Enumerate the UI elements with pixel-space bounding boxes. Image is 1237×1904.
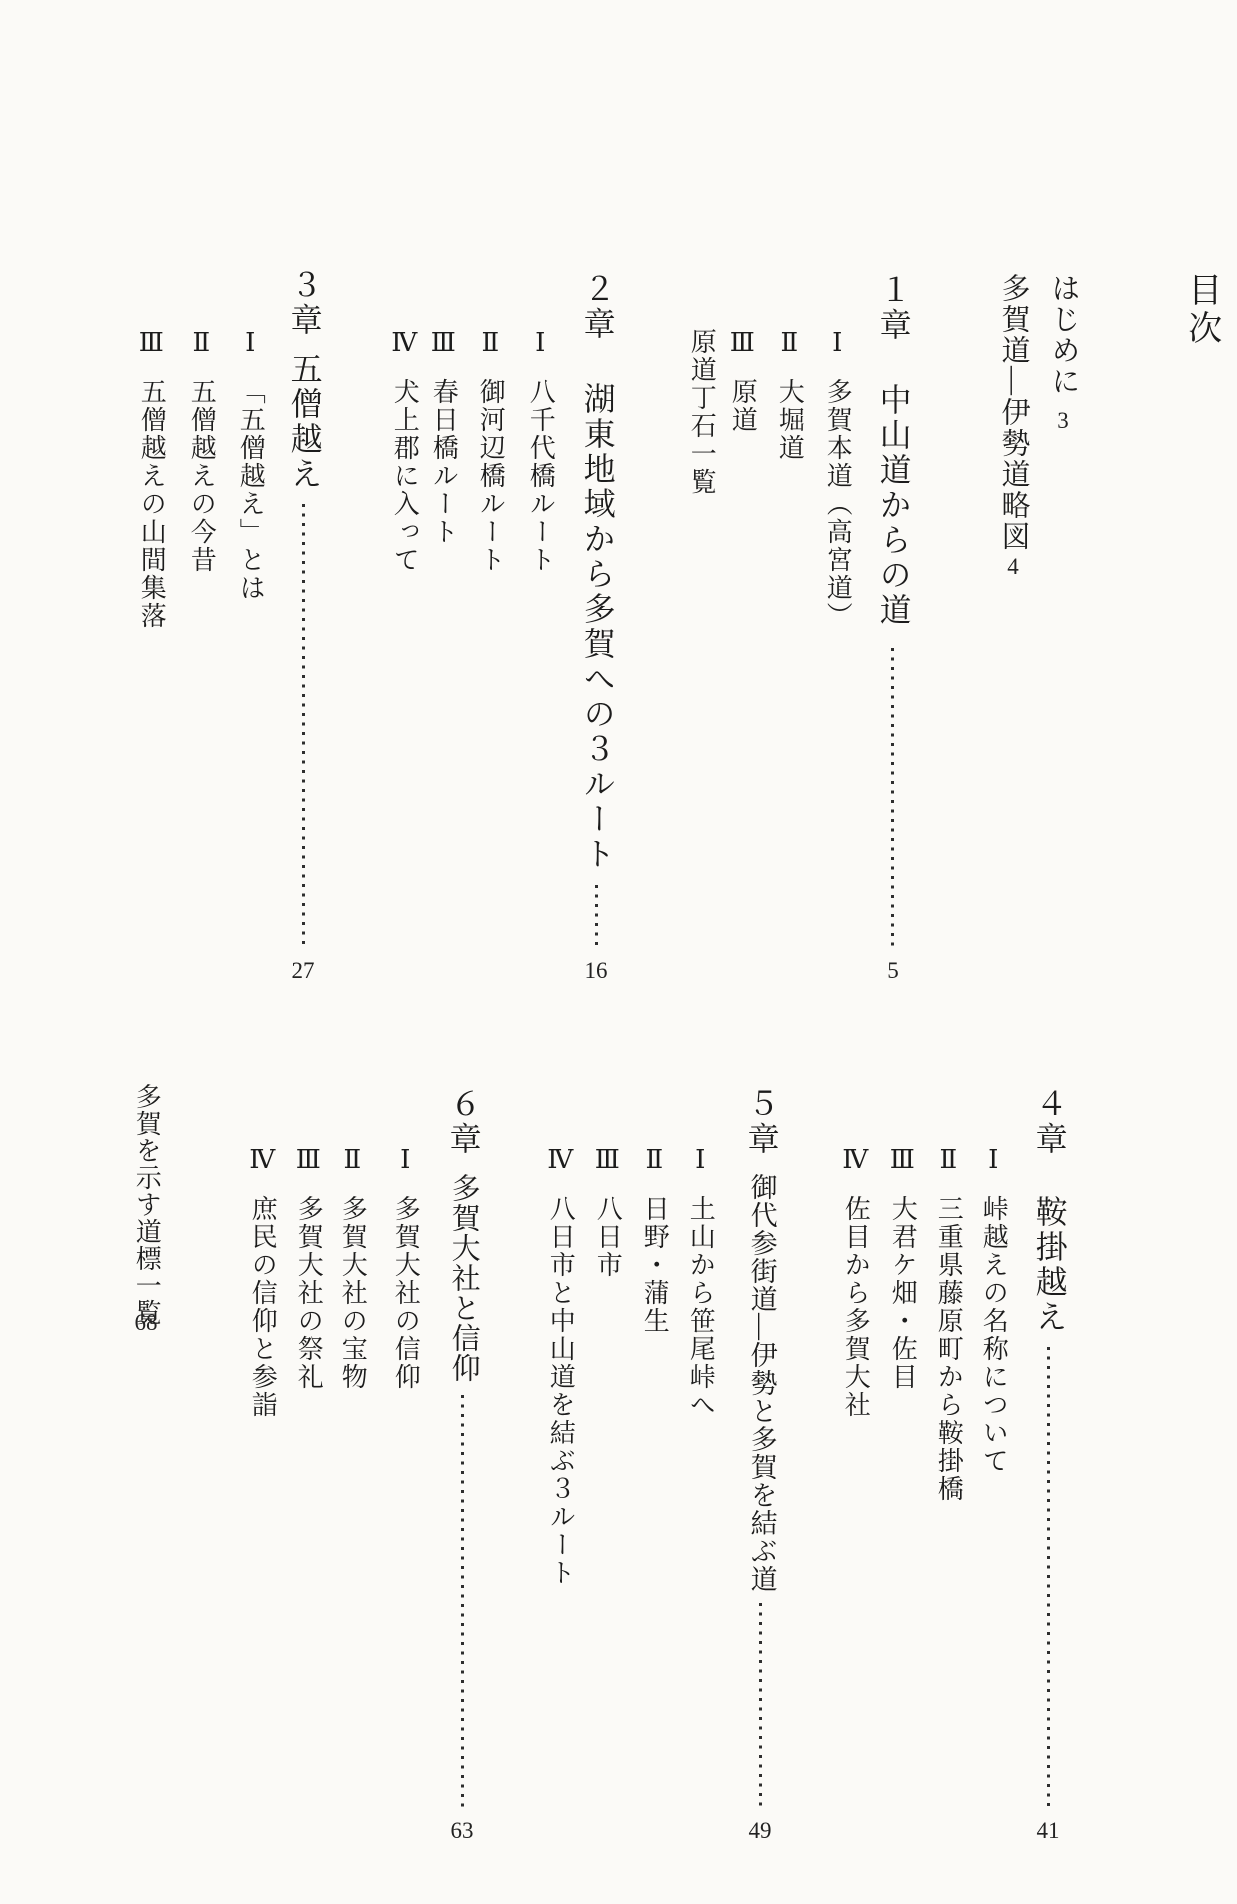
item-label: 春日橋ルート <box>429 378 458 546</box>
item-label: 原道丁石一覧 <box>687 328 716 496</box>
chapter-6-heading: ６章多賀大社と信仰 <box>446 1087 480 1383</box>
item-label: 五僧越えの今昔 <box>187 378 216 574</box>
item-numeral: Ⅲ <box>593 1145 622 1177</box>
item-numeral: Ⅰ <box>686 1145 715 1177</box>
chapter-number: ４章 <box>1032 1087 1068 1157</box>
item-numeral: Ⅱ <box>640 1145 669 1177</box>
toc-item: 原道丁石一覧 <box>688 328 715 496</box>
toc-item: Ⅳ八日市と中山道を結ぶ３ルート <box>547 1145 574 1587</box>
item-numeral: Ⅲ <box>429 328 458 360</box>
toc-item: Ⅳ佐目から多賀大社 <box>842 1145 869 1419</box>
toc-item: Ⅰ峠越えの名称について <box>980 1145 1007 1475</box>
item-numeral: Ⅲ <box>294 1145 323 1177</box>
toc-item: Ⅲ原道 <box>729 328 756 434</box>
chapter-number: ５章 <box>744 1087 780 1157</box>
item-label: 八日市 <box>593 1195 622 1279</box>
item-label: 庶民の信仰と参詣 <box>248 1195 277 1419</box>
chapter-title: 多賀大社と信仰 <box>448 1173 480 1383</box>
item-label: 御河辺橋ルート <box>476 378 505 574</box>
item-numeral: Ⅱ <box>338 1145 367 1177</box>
toc-item: Ⅰ「五僧越え」とは <box>237 328 264 602</box>
item-label: 佐目から多賀大社 <box>841 1195 870 1419</box>
item-label: 三重県藤原町から鞍掛橋 <box>934 1195 963 1503</box>
chapter-number: １章 <box>876 273 912 343</box>
dotted-leader <box>302 504 305 946</box>
toc-item: Ⅱ五僧越えの今昔 <box>188 328 215 574</box>
chapter-1-heading: １章中山道からの道 <box>876 273 910 628</box>
item-numeral: Ⅱ <box>934 1145 963 1177</box>
item-label: 犬上郡に入って <box>390 378 419 574</box>
item-numeral: Ⅲ <box>728 328 757 360</box>
item-label: 多賀本道（高宮道） <box>823 378 852 630</box>
toc-page: { "page_title": "目次", "frontmatter": [ {… <box>0 0 1237 1904</box>
chapter-title: 五僧越え <box>287 352 323 492</box>
page-number: 68 <box>131 1310 161 1336</box>
item-numeral: Ⅲ <box>137 328 166 360</box>
page-number: 16 <box>581 958 611 984</box>
dotted-leader <box>759 1603 762 1807</box>
page-number: 5 <box>878 958 908 984</box>
toc-item: Ⅲ春日橋ルート <box>430 328 457 546</box>
chapter-number: ２章 <box>580 272 616 342</box>
chapter-3-heading: ３章五僧越え <box>287 268 321 492</box>
dotted-leader <box>461 1395 464 1807</box>
item-numeral: Ⅰ <box>979 1145 1008 1177</box>
toc-item: Ⅱ多賀大社の宝物 <box>339 1145 366 1391</box>
toc-item: Ⅲ多賀大社の祭礼 <box>295 1145 322 1391</box>
item-label: 多賀大社の祭礼 <box>294 1195 323 1391</box>
toc-item: Ⅰ多賀本道（高宮道） <box>824 328 851 630</box>
dotted-leader <box>891 648 894 948</box>
item-label: 土山から笹尾峠へ <box>686 1195 715 1419</box>
chapter-number: ６章 <box>446 1087 482 1157</box>
chapter-5-heading: ５章御代参街道—伊勢と多賀を結ぶ道 <box>744 1087 778 1593</box>
chapter-title: 鞍掛越え <box>1032 1195 1068 1335</box>
backmatter-signpost-list: 多賀を示す道標一覧 <box>133 1083 160 1326</box>
toc-item: Ⅲ八日市 <box>594 1145 621 1279</box>
item-numeral: Ⅳ <box>248 1145 277 1177</box>
toc-item: Ⅲ五僧越えの山間集落 <box>138 328 165 630</box>
item-label: 日野・蒲生 <box>640 1195 669 1335</box>
page-number: 63 <box>447 1818 477 1844</box>
item-label: 多賀大社の宝物 <box>338 1195 367 1391</box>
item-numeral: Ⅳ <box>546 1145 575 1177</box>
toc-item: Ⅰ多賀大社の信仰 <box>392 1145 419 1391</box>
chapter-title: 中山道からの道 <box>876 383 912 628</box>
page-title: 目次 <box>1183 272 1219 348</box>
item-numeral: Ⅱ <box>775 328 804 360</box>
item-numeral: Ⅰ <box>391 1145 420 1177</box>
item-label: 八千代橋ルート <box>526 378 555 574</box>
toc-item: Ⅲ大君ケ畑・佐目 <box>889 1145 916 1391</box>
dotted-leader <box>595 885 598 947</box>
dotted-leader <box>1047 1347 1050 1807</box>
toc-item: Ⅳ庶民の信仰と参詣 <box>249 1145 276 1419</box>
page-number: 49 <box>745 1818 775 1844</box>
item-numeral: Ⅰ <box>526 328 555 360</box>
item-label: 大堀道 <box>775 378 804 462</box>
toc-item: Ⅳ犬上郡に入って <box>391 328 418 574</box>
page-number: 41 <box>1033 1818 1063 1844</box>
frontmatter-hajimeni: はじめに <box>1048 273 1078 397</box>
toc-item: Ⅰ土山から笹尾峠へ <box>687 1145 714 1419</box>
frontmatter-map: 多賀道—伊勢道略図 <box>998 273 1028 552</box>
chapter-4-heading: ４章鞍掛越え <box>1032 1087 1066 1335</box>
item-label: 大君ケ畑・佐目 <box>888 1195 917 1391</box>
item-label: 原道 <box>728 378 757 434</box>
chapter-number: ３章 <box>287 268 323 338</box>
item-label: 峠越えの名称について <box>979 1195 1008 1475</box>
item-numeral: Ⅲ <box>888 1145 917 1177</box>
chapter-2-heading: ２章湖東地域から多賀への３ルート <box>580 272 614 872</box>
item-label: 多賀大社の信仰 <box>391 1195 420 1391</box>
toc-item: Ⅱ大堀道 <box>776 328 803 462</box>
item-numeral: Ⅰ <box>236 328 265 360</box>
page-number: 3 <box>1048 408 1078 434</box>
item-label: 八日市と中山道を結ぶ３ルート <box>546 1195 575 1587</box>
chapter-title: 御代参街道—伊勢と多賀を結ぶ道 <box>747 1173 777 1593</box>
item-label: 「五僧越え」とは <box>236 378 265 602</box>
item-numeral: Ⅳ <box>390 328 419 360</box>
chapter-title: 湖東地域から多賀への３ルート <box>580 382 616 872</box>
item-numeral: Ⅳ <box>841 1145 870 1177</box>
item-numeral: Ⅰ <box>823 328 852 360</box>
item-label: 五僧越えの山間集落 <box>137 378 166 630</box>
item-numeral: Ⅱ <box>476 328 505 360</box>
page-number: 4 <box>998 554 1028 580</box>
toc-item: Ⅱ三重県藤原町から鞍掛橋 <box>935 1145 962 1503</box>
toc-item: Ⅰ八千代橋ルート <box>527 328 554 574</box>
page-number: 27 <box>288 958 318 984</box>
toc-item: Ⅱ御河辺橋ルート <box>477 328 504 574</box>
toc-item: Ⅱ日野・蒲生 <box>641 1145 668 1335</box>
item-numeral: Ⅱ <box>187 328 216 360</box>
